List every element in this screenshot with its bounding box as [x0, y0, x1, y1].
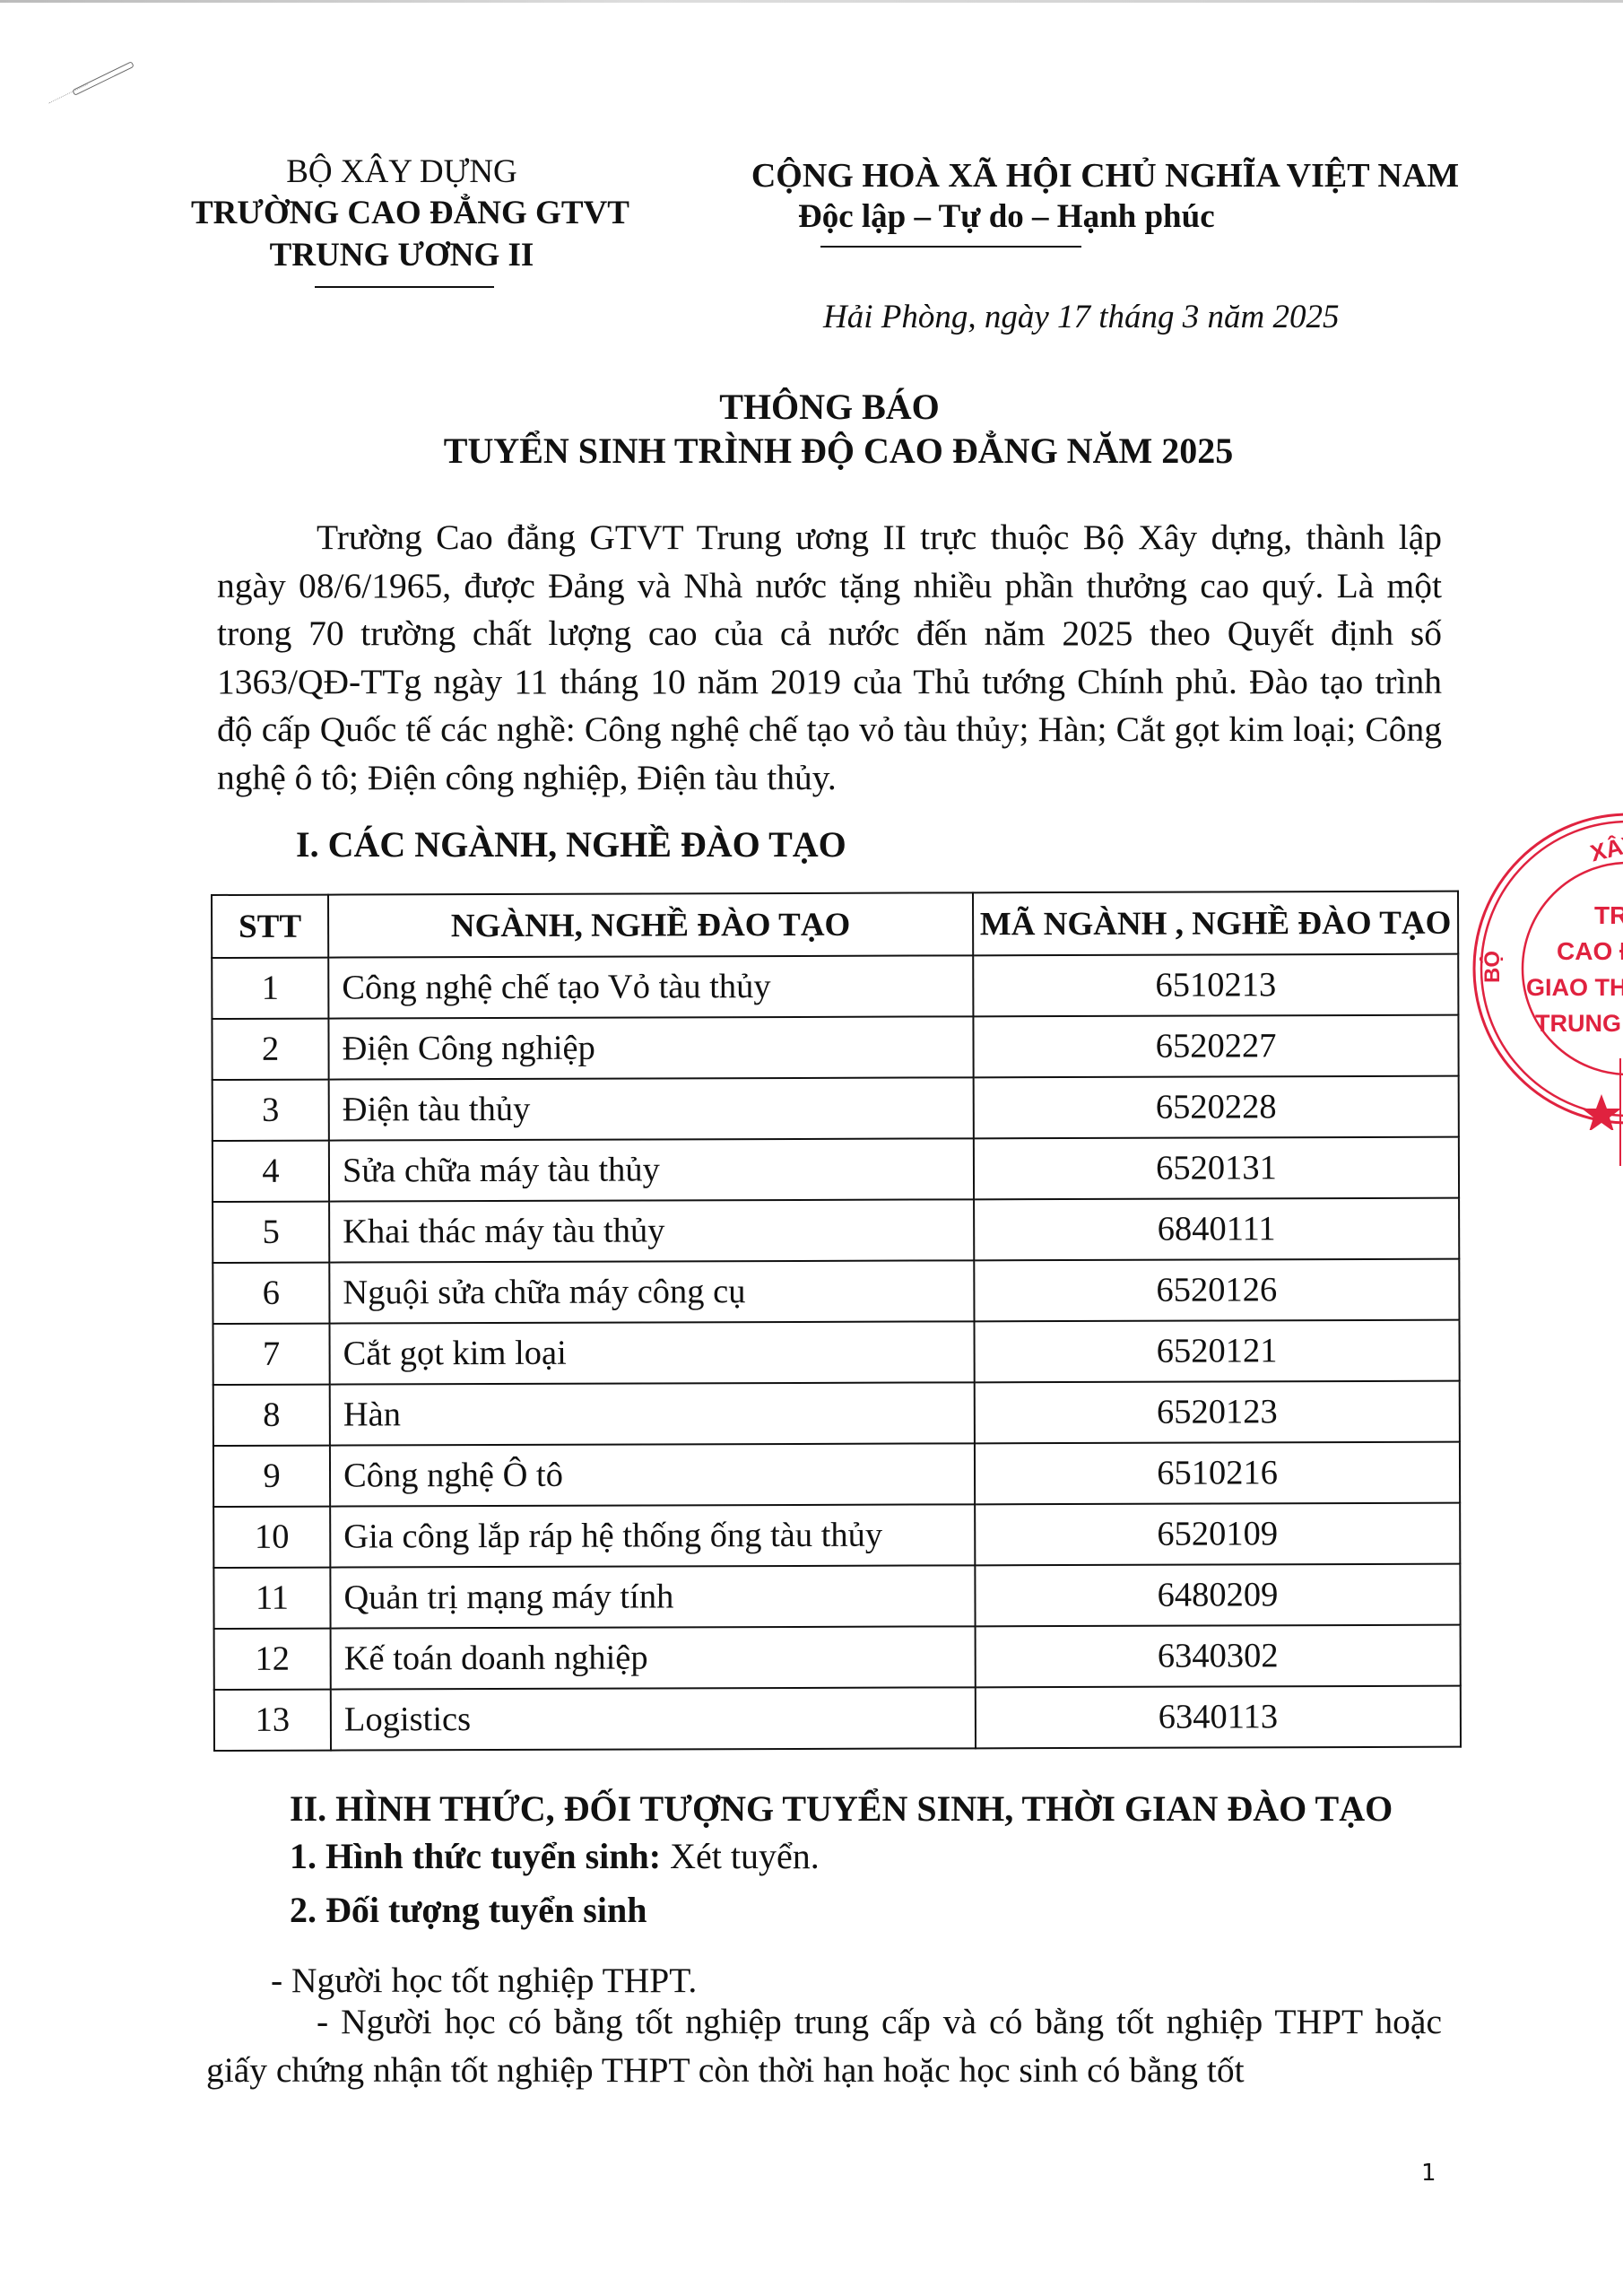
- row-program-code: 6510216: [975, 1442, 1460, 1505]
- row-program-code: 6520227: [973, 1015, 1458, 1078]
- stamp-outer-top-text: XÂY: [1587, 829, 1623, 866]
- table-row: 7Cắt gọt kim loại6520121: [213, 1320, 1460, 1385]
- row-program-name: Điện Công nghiệp: [328, 1016, 973, 1079]
- school-name-line2: TRUNG ƯƠNG II: [191, 236, 612, 274]
- pen-mark: [72, 61, 135, 96]
- stamp-inner-line: GIAO THÔN: [1526, 973, 1623, 1001]
- row-program-name: Sửa chữa máy tàu thủy: [329, 1138, 974, 1201]
- row-stt: 1: [212, 958, 328, 1019]
- pen-trail: [48, 84, 88, 104]
- row-program-name: Gia công lắp ráp hệ thống ống tàu thủy: [330, 1504, 975, 1567]
- section-1-heading: I. CÁC NGÀNH, NGHỀ ĐÀO TẠO: [296, 823, 846, 865]
- country-name: CỘNG HOÀ XÃ HỘI CHỦ NGHĨA VIỆT NAM: [740, 156, 1471, 196]
- row-program-name: Nguội sửa chữa máy công cụ: [329, 1260, 974, 1323]
- admission-target-heading: 2. Đối tượng tuyển sinh: [290, 1889, 647, 1931]
- table-row: 8Hàn6520123: [213, 1381, 1460, 1446]
- row-program-name: Điện tàu thủy: [329, 1077, 974, 1140]
- row-stt: 12: [214, 1629, 331, 1690]
- row-stt: 2: [212, 1019, 328, 1080]
- document-date: Hải Phòng, ngày 17 tháng 3 năm 2025: [823, 298, 1340, 336]
- school-name-line1: TRƯỜNG CAO ĐẲNG GTVT: [191, 194, 612, 232]
- page-number: 1: [1421, 2160, 1436, 2187]
- target-bullet-2: - Người học có bằng tốt nghiệp trung cấp…: [206, 1998, 1442, 2094]
- header-right-rule: [820, 246, 1081, 248]
- stamp-inner-line: CAO Đ: [1557, 937, 1623, 965]
- row-program-name: Kế toán doanh nghiệp: [331, 1626, 976, 1689]
- row-stt: 8: [213, 1385, 330, 1446]
- stamp-signature-stroke: [1619, 1058, 1621, 1166]
- row-program-code: 6480209: [975, 1564, 1460, 1627]
- row-program-name: Công nghệ Ô tô: [330, 1443, 975, 1506]
- section-2-heading: II. HÌNH THỨC, ĐỐI TƯỢNG TUYỂN SINH, THỜ…: [290, 1787, 1393, 1830]
- row-stt: 10: [213, 1507, 330, 1568]
- row-program-code: 6340302: [976, 1625, 1461, 1688]
- table-row: 6Nguội sửa chữa máy công cụ6520126: [213, 1259, 1459, 1324]
- admission-method-value: Xét tuyển.: [661, 1836, 820, 1876]
- official-stamp: XÂY BỘ TRƯ CAO Đ GIAO THÔN TRUNG Ư: [1467, 807, 1623, 1130]
- row-stt: 7: [213, 1324, 330, 1385]
- table-header-row: STT NGÀNH, NGHỀ ĐÀO TẠO MÃ NGÀNH , NGHỀ …: [212, 891, 1458, 958]
- stamp-inner-line: TRUNG Ư: [1535, 1010, 1623, 1037]
- target-bullet-1: - Người học tốt nghiệp THPT.: [271, 1960, 697, 2001]
- document-title: THÔNG BÁO: [215, 386, 1444, 428]
- row-stt: 4: [213, 1141, 329, 1202]
- row-program-code: 6510213: [973, 954, 1458, 1017]
- row-stt: 9: [213, 1446, 330, 1507]
- intro-paragraph: Trường Cao đẳng GTVT Trung ương II trực …: [217, 514, 1442, 802]
- programs-table: STT NGÀNH, NGHỀ ĐÀO TẠO MÃ NGÀNH , NGHỀ …: [211, 891, 1462, 1752]
- stamp-star-icon: [1582, 1094, 1621, 1130]
- scan-edge: [0, 0, 1623, 3]
- document-subtitle: TUYỂN SINH TRÌNH ĐỘ CAO ĐẲNG NĂM 2025: [224, 430, 1453, 472]
- row-stt: 6: [213, 1263, 329, 1324]
- row-program-code: 6340113: [976, 1686, 1461, 1749]
- table-row: 9Công nghệ Ô tô6510216: [213, 1442, 1460, 1507]
- row-program-code: 6520228: [974, 1076, 1459, 1139]
- row-stt: 5: [213, 1202, 329, 1263]
- row-program-name: Hàn: [330, 1382, 975, 1445]
- row-stt: 13: [214, 1690, 331, 1751]
- column-header-stt: STT: [212, 895, 328, 958]
- header-left-rule: [315, 286, 494, 288]
- row-program-code: 6520123: [975, 1381, 1460, 1444]
- table-row: 3Điện tàu thủy6520228: [213, 1076, 1459, 1141]
- table-row: 11Quản trị mạng máy tính6480209: [213, 1564, 1460, 1629]
- column-header-code: MÃ NGÀNH , NGHỀ ĐÀO TẠO: [973, 891, 1458, 956]
- row-program-name: Cắt gọt kim loại: [330, 1321, 975, 1384]
- table-row: 13Logistics6340113: [214, 1686, 1461, 1751]
- table-row: 12Kế toán doanh nghiệp6340302: [214, 1625, 1461, 1690]
- admission-method: 1. Hình thức tuyển sinh: Xét tuyển.: [290, 1835, 820, 1877]
- row-program-code: 6520121: [975, 1320, 1460, 1383]
- table-row: 2Điện Công nghiệp6520227: [212, 1015, 1458, 1080]
- row-program-name: Khai thác máy tàu thủy: [329, 1199, 974, 1262]
- row-program-name: Logistics: [331, 1687, 976, 1750]
- table-row: 5Khai thác máy tàu thủy6840111: [213, 1198, 1459, 1263]
- row-stt: 3: [213, 1080, 329, 1141]
- stamp-outer-left-text: BỘ: [1480, 951, 1505, 983]
- row-stt: 11: [213, 1568, 330, 1629]
- row-program-code: 6840111: [974, 1198, 1459, 1261]
- row-program-name: Quản trị mạng máy tính: [330, 1565, 975, 1628]
- ministry-name: BỘ XÂY DỰNG: [191, 152, 612, 191]
- column-header-program: NGÀNH, NGHỀ ĐÀO TẠO: [328, 892, 973, 957]
- national-motto: Độc lập – Tự do – Hạnh phúc: [798, 197, 1175, 236]
- row-program-code: 6520126: [974, 1259, 1459, 1322]
- stamp-inner-line: TRƯ: [1594, 901, 1623, 929]
- row-program-name: Công nghệ chế tạo Vỏ tàu thủy: [328, 955, 973, 1018]
- table-row: 10Gia công lắp ráp hệ thống ống tàu thủy…: [213, 1503, 1460, 1568]
- table-row: 1Công nghệ chế tạo Vỏ tàu thủy6510213: [212, 954, 1458, 1019]
- row-program-code: 6520131: [974, 1137, 1459, 1200]
- admission-method-label: 1. Hình thức tuyển sinh:: [290, 1836, 661, 1876]
- row-program-code: 6520109: [975, 1503, 1460, 1566]
- table-row: 4Sửa chữa máy tàu thủy6520131: [213, 1137, 1459, 1202]
